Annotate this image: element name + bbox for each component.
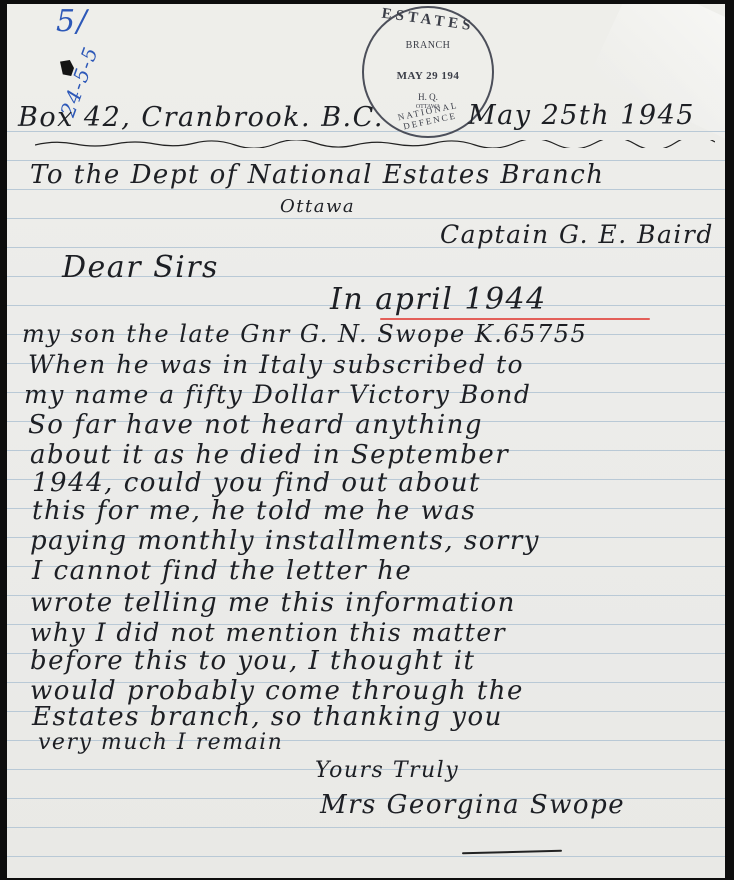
address-line: Box 42, Cranbrook. B.C. (18, 102, 384, 133)
recipient-line-2: Ottawa (280, 196, 355, 217)
salutation: Dear Sirs (62, 250, 219, 285)
ruled-line (7, 218, 725, 219)
body-line: So far have not heard anything (28, 410, 483, 440)
stamp-branch-text: BRANCH (364, 40, 492, 51)
signature: Mrs Georgina Swope (320, 790, 625, 820)
wavy-underline (35, 140, 715, 148)
closing: Yours Truly (315, 758, 459, 783)
body-line: 1944, could you find out about (32, 468, 481, 498)
body-line: my name a fifty Dollar Victory Bond (24, 380, 531, 409)
stamp-hq-text: H. Q. (418, 92, 438, 102)
body-line: this for me, he told me he was (32, 496, 476, 526)
body-line: wrote telling me this information (30, 588, 516, 618)
body-line: When he was in Italy subscribed to (28, 350, 524, 379)
body-line: why I did not mention this matter (30, 618, 506, 647)
body-line: about it as he died in September (30, 440, 509, 470)
body-line: before this to you, I thought it (30, 646, 475, 676)
attention-line: Captain G. E. Baird (440, 220, 714, 249)
body-line: my son the late Gnr G. N. Swope K.65755 (22, 320, 587, 348)
body-line: In april 1944 (330, 282, 547, 317)
ruled-line (7, 827, 725, 828)
body-line: paying monthly installments, sorry (30, 526, 540, 556)
body-line: I cannot find the letter he (32, 556, 412, 586)
body-line: Estates branch, so thanking you (32, 702, 503, 732)
date-line: May 25th 1945 (468, 100, 695, 131)
recipient-line-1: To the Dept of National Estates Branch (30, 160, 605, 190)
ruled-line (7, 856, 725, 857)
stamp-date: MAY 29 194 (364, 70, 492, 82)
margin-note-top: 5/ (56, 4, 88, 39)
body-line: very much I remain (38, 730, 283, 755)
